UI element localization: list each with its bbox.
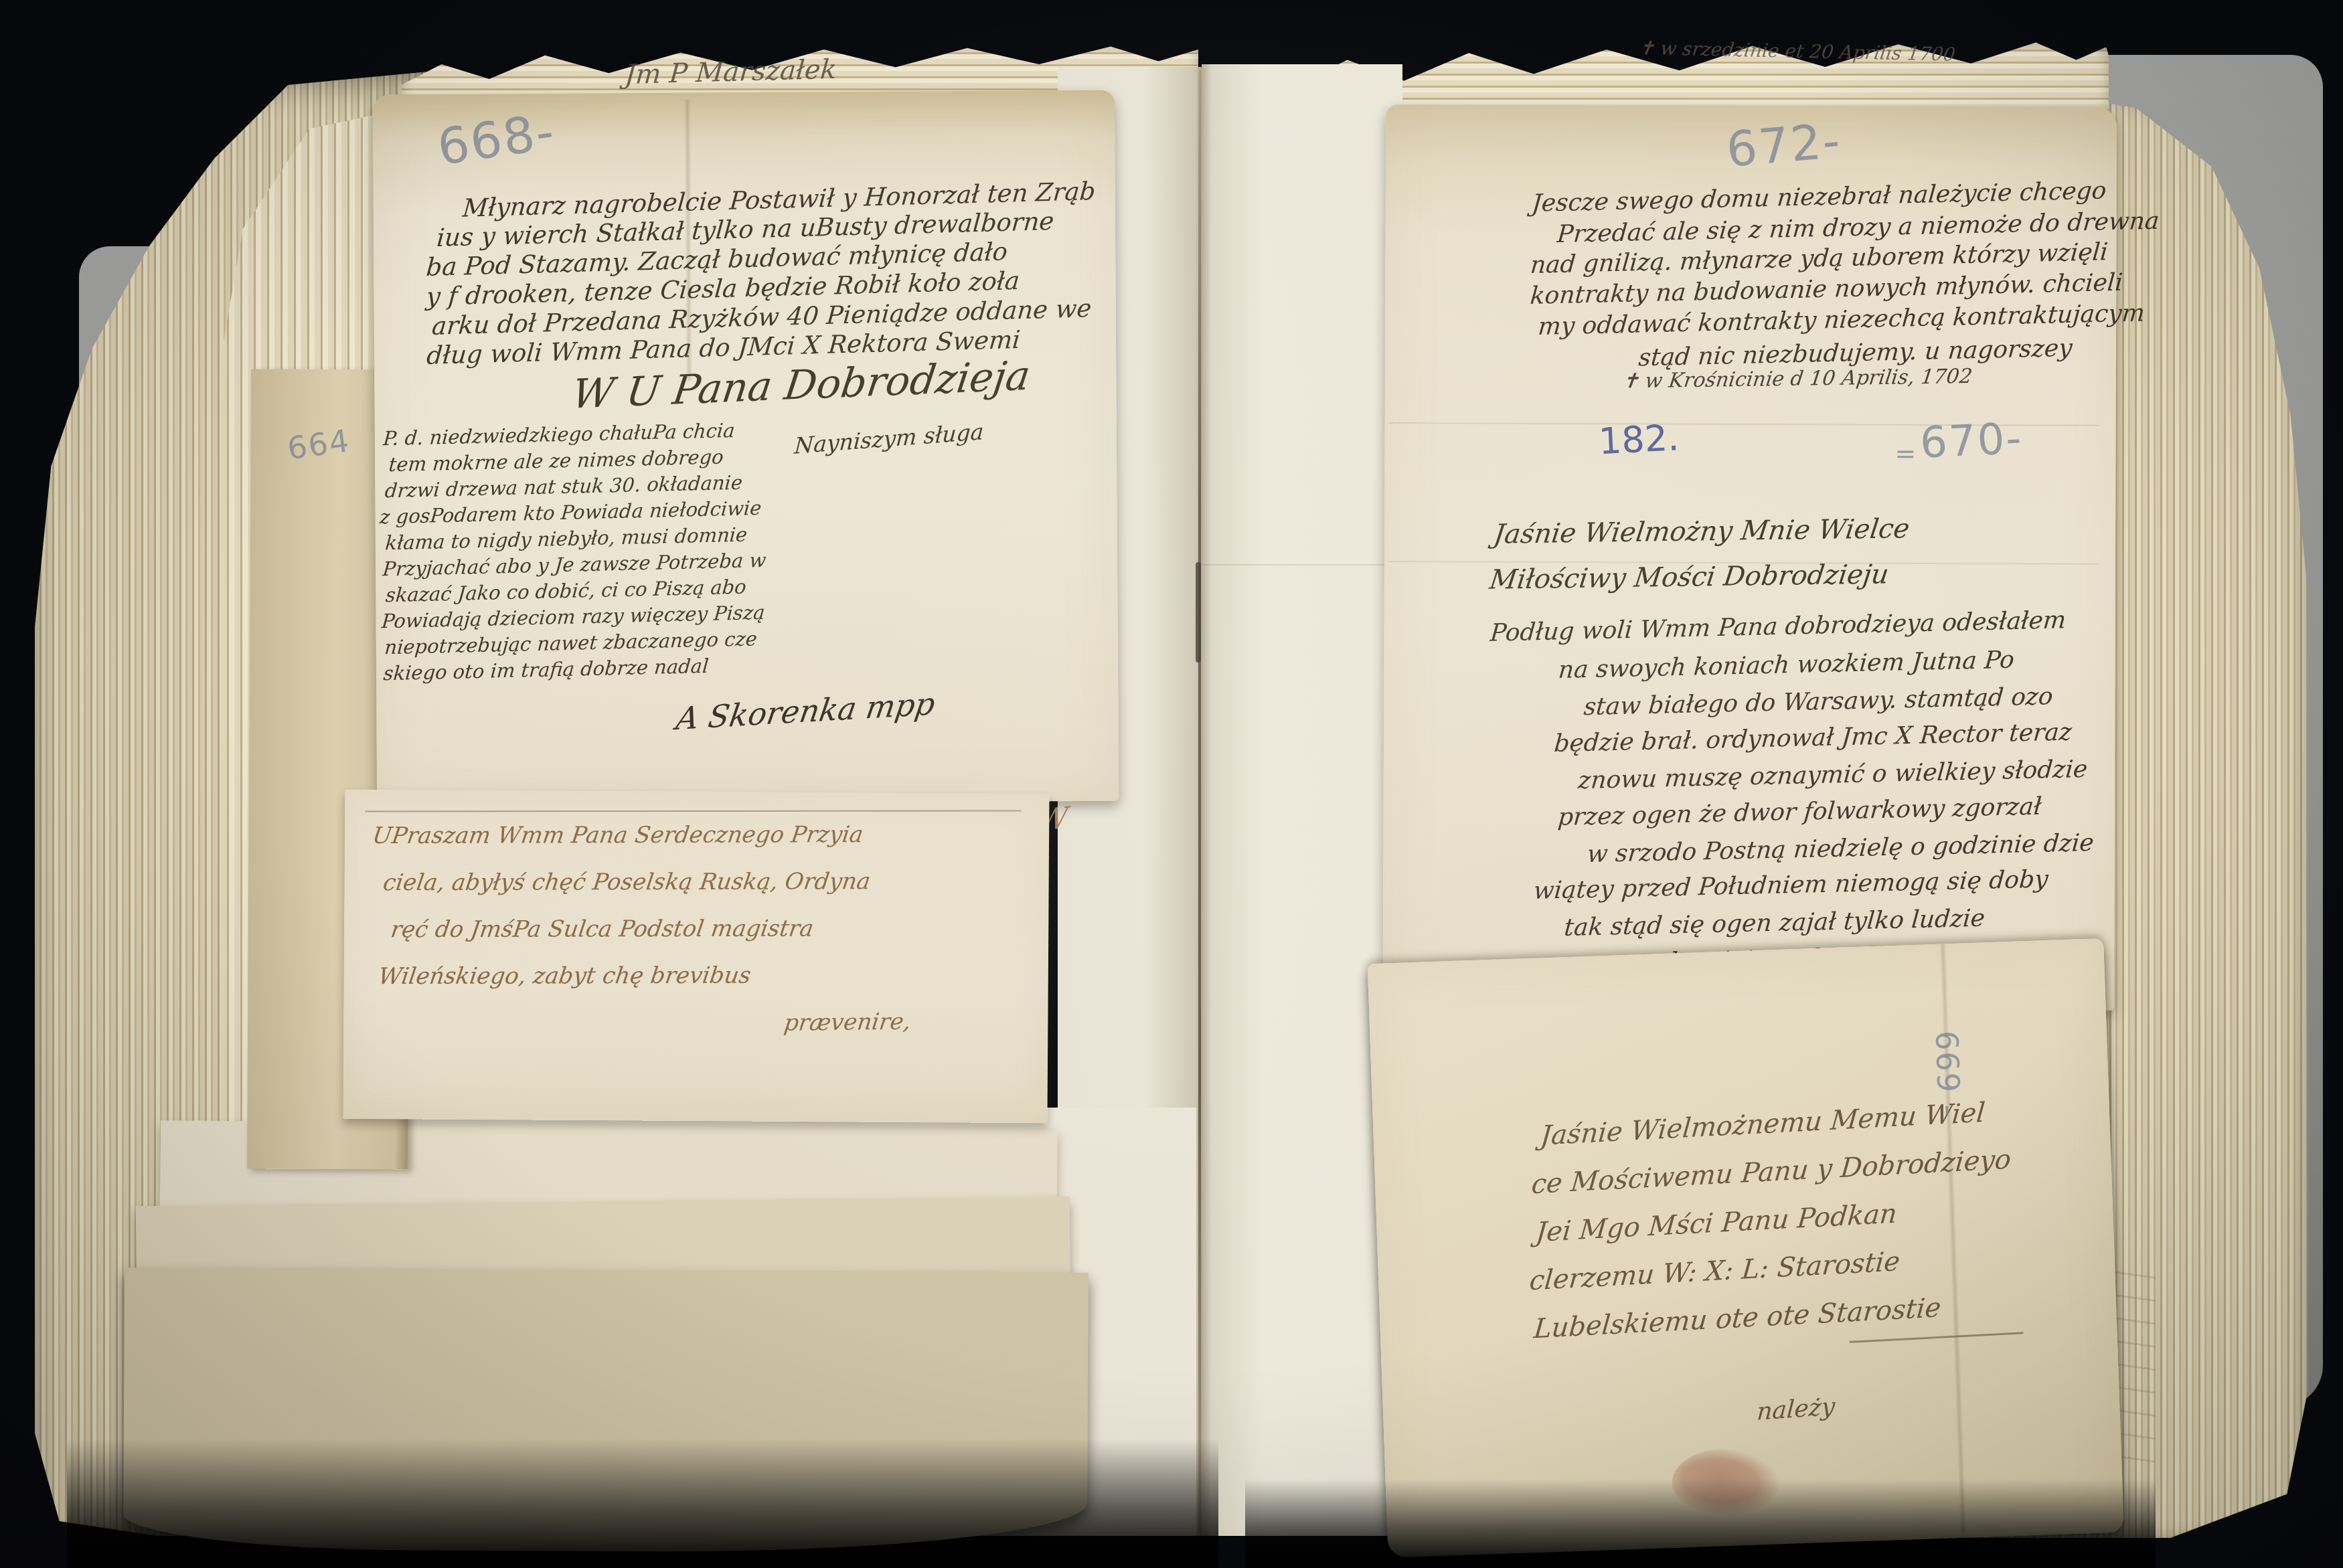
right-para2-line: tak stąd się ogen zajał tylko ludzie (1563, 907, 1986, 940)
address-line: Jaśnie Wielmożnemu Memu Wiel (1540, 1100, 1986, 1150)
left-para2-line: skiego oto im trafią dobrze nadal (383, 657, 710, 684)
left-header-note: Jm P Marszałek (624, 56, 838, 88)
left-para2-line: Powiadają dzieciom razy więczey Piszą (381, 603, 766, 632)
left-page-number-pencil: 668- (434, 106, 558, 173)
right-lower-overlay-sheet: Jaśnie Wielmożnemu Memu Wiel ce Mościwem… (1368, 938, 2124, 1558)
lower-note-line: UPraszam Wmm Pana Serdecznego Przyia (372, 823, 865, 847)
left-para2-line: Przyjachać abo y Je zawsze Potrzeba w (382, 551, 767, 580)
left-para2-line: z gosPodarem kto Powiada niełodciwie (379, 499, 762, 527)
left-flourish-line: W U Pana Dobrodzieja (570, 356, 1032, 415)
right-page-number-pencil-2: 670- (1919, 417, 2024, 464)
address-line: Lubelskiemu ote ote Starostie (1533, 1294, 1942, 1342)
right-salutation-line: Miłościwy Mości Dobrodzieju (1488, 561, 1890, 593)
left-para2-line: P. d. niedzwiedzkiego chałuPa chcia (382, 421, 735, 448)
lower-note-line: Wileńskiego, zabyt chę brevibus (377, 964, 752, 988)
right-backing-page (1202, 64, 1402, 1536)
address-line: clerzemu W: X: L: Starostie (1528, 1248, 1901, 1294)
left-para2-line: skazać Jako co dobić, ci co Piszą abo (385, 578, 747, 606)
lower-note-line: ręć do JmśPa Sulca Podstol magistra (390, 918, 815, 942)
left-lower-overlay-sheet: UPraszam Wmm Pana Serdecznego Przyia cie… (343, 790, 1050, 1123)
right-para2-line: znowu muszę oznaymić o wielkiey słodzie (1577, 758, 2089, 793)
right-main-sheet: 672- Jescze swego domu niezebrał należyc… (1383, 104, 2117, 1011)
left-bottom-shadow (67, 1439, 1218, 1568)
address-line: ce Mościwemu Panu y Dobrodzieyo (1530, 1146, 2012, 1198)
right-para2-line: przez ogen że dwor folwarkowy zgorzał (1557, 795, 2042, 830)
right-para2-line: Podług woli Wmm Pana dobrodzieya odesłał… (1489, 608, 2067, 646)
gutter-dark-crack (1196, 562, 1201, 663)
doc-number-blue: 182. (1598, 420, 1680, 460)
right-bottom-shadow (1245, 1479, 2156, 1568)
left-para2-line: tem mokrne ale ze nimes dobrego (388, 447, 724, 474)
right-page-number-pencil: 672- (1724, 116, 1843, 174)
left-para2-line: drzwi drzewa nat stuk 30. okładanie (384, 473, 743, 501)
address-closing: należy (1756, 1395, 1836, 1424)
equals-mark: = (1894, 441, 1917, 466)
verso-number-text: 669 - (1929, 1030, 1966, 1078)
lower-note-closing: prævenire, (783, 1011, 912, 1035)
right-para2-line: w srzodo Postną niedzielę o godzinie dzi… (1587, 831, 2095, 867)
right-date-line: ✝ w Krośnicinie d 10 Aprilis, 1702 (1621, 367, 1973, 391)
lower-overlay-rule-line (365, 810, 1021, 812)
address-underline (1850, 1332, 2024, 1343)
left-main-sheet: 668- Młynarz nagrobelcie Postawił y Hono… (373, 90, 1119, 806)
archival-photo: { "scene": { "background_color": "#08090… (0, 0, 2343, 1568)
left-para2-line: niepotrzebując nawet zbaczanego cze (384, 629, 758, 657)
right-para2-line: wiątey przed Południem niemogą się doby (1532, 867, 2049, 903)
right-para2-line: na swoych koniach wozkiem Jutna Po (1558, 648, 2016, 683)
right-para2-line: staw białego do Warsawy. stamtąd ozo (1583, 685, 2054, 719)
lower-note-line: ciela, abyłyś chęć Poselską Ruską, Ordyn… (382, 870, 872, 894)
right-backing-seam (1203, 564, 1400, 565)
right-para1-line: stąd nic niezbudujemy. u nagorszey (1637, 337, 2073, 371)
left-side-note: Nayniszym sługa (794, 420, 985, 457)
right-top-note: ✝ w srzedzinie et 20 Aprilis 1700 (1637, 39, 1956, 64)
verso-number-rotated: 669 - (1958, 1002, 2010, 1157)
left-para2-line: kłama to nigdy niebyło, musi domnie (384, 525, 748, 553)
right-salutation-line: Jaśnie Wielmożny Mnie Wielce (1492, 515, 1911, 548)
fold-number-pencil: 664 (286, 425, 352, 464)
left-signature: A Skorenka mpp (674, 688, 937, 734)
right-para2-line: będzie brał. ordynował Jmc X Rector tera… (1553, 720, 2073, 756)
address-line: Jei Mgo Mści Panu Podkan (1535, 1201, 1898, 1247)
gutter-seam (1198, 70, 1201, 1533)
